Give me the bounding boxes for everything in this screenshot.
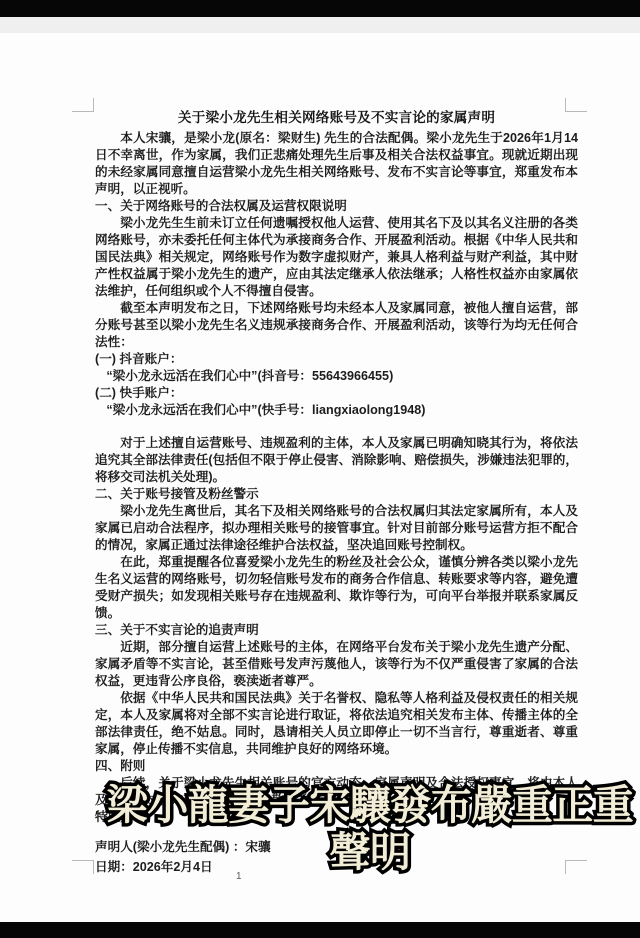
doc-paragraph: 四、附则 [95,758,578,775]
document-body: 本人宋骧，是梁小龙(原名：梁财生) 先生的合法配偶。梁小龙先生于2026年1月1… [95,130,578,826]
doc-paragraph: 梁小龙先生离世后，其名下及相关网络账号的合法权属归其法定家属所有，本人及家属已启… [95,503,578,554]
video-frame: 关于梁小龙先生相关网络账号及不实言论的家属声明 本人宋骧，是梁小龙(原名：梁财生… [0,0,640,938]
doc-paragraph: “梁小龙永远活在我们心中”(快手号：liangxiaolong1948) [95,402,578,419]
document-title: 关于梁小龙先生相关网络账号及不实言论的家属声明 [95,109,578,127]
signature-block: 声明人(梁小龙先生配偶) ：宋骧 日期：2026年2月4日 [95,837,578,877]
doc-paragraph: 近期，部分擅自运营上述账号的主体，在网络平台发布关于梁小龙先生遗产分配、家属矛盾… [95,639,578,690]
bottom-letterbox-bar [0,922,640,938]
doc-paragraph: 本人宋骧，是梁小龙(原名：梁财生) 先生的合法配偶。梁小龙先生于2026年1月1… [95,130,578,198]
doc-paragraph: 在此，郑重提醒各位喜爱梁小龙先生的粉丝及社会公众，谨慎分辨各类以梁小龙先生名义运… [95,554,578,622]
doc-paragraph: 一、关于网络账号的合法权属及运营权限说明 [95,198,578,215]
doc-paragraph: 三、关于不实言论的追责声明 [95,622,578,639]
doc-paragraph: 梁小龙先生生前未订立任何遗嘱授权他人运营、使用其名下及以其名义注册的各类网络账号… [95,215,578,300]
page-number: 1 [236,871,242,882]
doc-paragraph: 依据《中华人民共和国民法典》关于名誉权、隐私等人格利益及侵权责任的相关规定，本人… [95,690,578,758]
top-letterbox-bar [0,0,640,17]
doc-paragraph: 特此声明！ [95,809,578,826]
doc-paragraph [95,419,578,435]
signature-declarant: 声明人(梁小龙先生配偶) ：宋骧 [95,837,578,857]
page-margin-mark-bottom-left [72,860,94,874]
viewer-toolbar-strip [0,17,640,34]
document-page: 关于梁小龙先生相关网络账号及不实言论的家属声明 本人宋骧，是梁小龙(原名：梁财生… [0,33,640,922]
document-content: 关于梁小龙先生相关网络账号及不实言论的家属声明 本人宋骧，是梁小龙(原名：梁财生… [95,109,578,877]
signature-date: 日期：2026年2月4日 [95,857,578,877]
page-margin-mark-top-left [72,98,94,112]
doc-paragraph: “梁小龙永远活在我们心中”(抖音号：55643966455) [95,368,578,385]
doc-paragraph: (二) 快手账户： [95,385,578,402]
doc-paragraph: (一) 抖音账户： [95,351,578,368]
doc-paragraph: 二、关于账号接管及粉丝警示 [95,486,578,503]
doc-paragraph: 截至本声明发布之日，下述网络账号均未经本人及家属同意，被他人擅自运营，部分账号甚… [95,300,578,351]
doc-paragraph: 对于上述擅自运营账号、违规盈利的主体，本人及家属已明确知晓其行为，将依法追究其全… [95,435,578,486]
doc-paragraph: 后续，关于梁小龙先生相关账号的官方动态、家属声明及合法授权事宜，将由本人及家属通… [95,775,578,809]
